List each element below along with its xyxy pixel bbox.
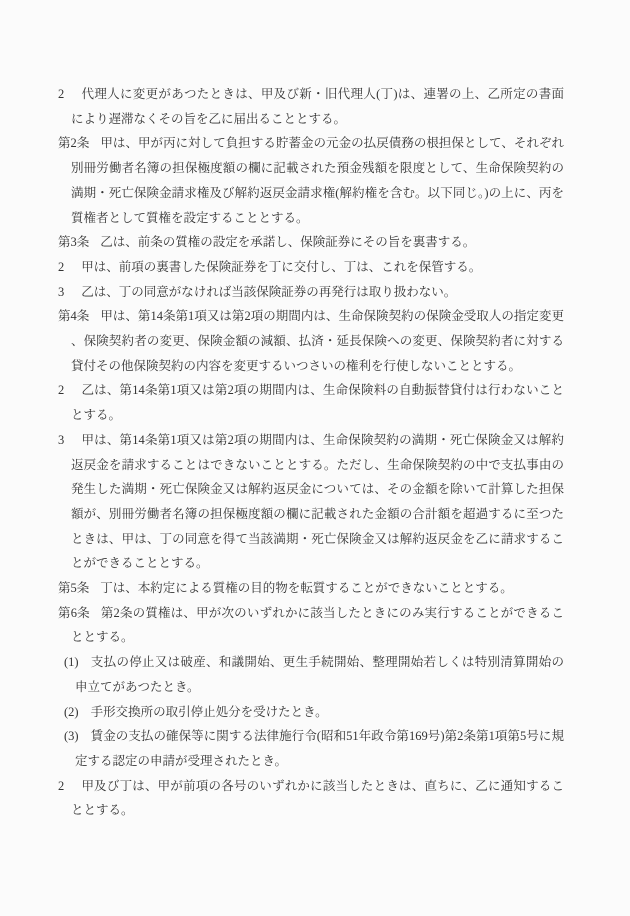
- paragraph-label: (3): [64, 729, 79, 743]
- document-body: 2代理人に変更があつたときは、甲及び新・旧代理人(丁)は、連署の上、乙所定の書面…: [58, 82, 564, 823]
- paragraph-label: 2: [58, 779, 64, 793]
- paragraph-text: 甲は、第14条第1項又は第2項の期間内は、生命保険契約の満期・死亡保険金又は解約…: [71, 433, 564, 571]
- article-paragraph: 第6条第2条の質権は、甲が次のいずれかに該当したときにのみ実行することができるこ…: [58, 601, 564, 650]
- paragraph-label: 3: [58, 285, 64, 299]
- paragraph-label: 2: [58, 383, 64, 397]
- paragraph-text: 甲及び丁は、甲が前項の各号のいずれかに該当したときは、直ちに、乙に通知することと…: [71, 779, 564, 818]
- document-page: 2代理人に変更があつたときは、甲及び新・旧代理人(丁)は、連署の上、乙所定の書面…: [0, 0, 630, 916]
- paragraph-text: 乙は、丁の同意がなければ当該保険証券の再発行は取り扱わない。: [81, 285, 456, 299]
- paragraph-label: 第3条: [58, 235, 89, 249]
- paragraph-label: 3: [58, 433, 64, 447]
- paragraph-text: 乙は、第14条第1項又は第2項の期間内は、生命保険料の自動振替貸付は行わないこと…: [71, 383, 564, 422]
- paragraph-text: 手形交換所の取引停止処分を受けたとき。: [91, 705, 328, 719]
- numbered-paragraph: 2甲は、前項の裏書した保険証券を丁に交付し、丁は、これを保管する。: [58, 255, 564, 280]
- paragraph-label: 2: [58, 260, 64, 274]
- numbered-paragraph: 3甲は、第14条第1項又は第2項の期間内は、生命保険契約の満期・死亡保険金又は解…: [58, 428, 564, 576]
- list-item: (2)手形交換所の取引停止処分を受けたとき。: [58, 700, 564, 725]
- paragraph-text: 乙は、前条の質権の設定を承諾し、保険証券にその旨を裏書する。: [100, 235, 475, 249]
- article-paragraph: 第4条甲は、第14条第1項又は第2項の期間内は、生命保険契約の保険金受取人の指定…: [58, 304, 564, 378]
- paragraph-text: 第2条の質権は、甲が次のいずれかに該当したときにのみ実行することができることとす…: [71, 606, 564, 645]
- list-item: (1)支払の停止又は破産、和議開始、更生手続開始、整理開始若しくは特別清算開始の…: [58, 650, 564, 699]
- paragraph-text: 甲は、前項の裏書した保険証券を丁に交付し、丁は、これを保管する。: [81, 260, 481, 274]
- article-paragraph: 第5条丁は、本約定による質権の目的物を転質することができないこととする。: [58, 576, 564, 601]
- paragraph-label: (1): [64, 655, 79, 669]
- paragraph-text: 甲は、甲が丙に対して負担する貯蓄金の元金の払戻債務の根担保として、それぞれ別冊労…: [71, 136, 564, 224]
- paragraph-text: 支払の停止又は破産、和議開始、更生手続開始、整理開始若しくは特別清算開始の申立て…: [75, 655, 564, 694]
- article-paragraph: 第2条甲は、甲が丙に対して負担する貯蓄金の元金の払戻債務の根担保として、それぞれ…: [58, 131, 564, 230]
- paragraph-text: 賃金の支払の確保等に関する法律施行令(昭和51年政令第169号)第2条第1項第5…: [75, 729, 564, 768]
- numbered-paragraph: 3乙は、丁の同意がなければ当該保険証券の再発行は取り扱わない。: [58, 280, 564, 305]
- paragraph-label: 第4条: [58, 309, 89, 323]
- paragraph-label: (2): [64, 705, 79, 719]
- paragraph-label: 第2条: [58, 136, 89, 150]
- paragraph-text: 甲は、第14条第1項又は第2項の期間内は、生命保険契約の保険金受取人の指定変更、…: [71, 309, 564, 372]
- paragraph-text: 代理人に変更があつたときは、甲及び新・旧代理人(丁)は、連署の上、乙所定の書面に…: [71, 87, 564, 126]
- paragraph-label: 第5条: [58, 581, 89, 595]
- numbered-paragraph: 2代理人に変更があつたときは、甲及び新・旧代理人(丁)は、連署の上、乙所定の書面…: [58, 82, 564, 131]
- list-item: (3)賃金の支払の確保等に関する法律施行令(昭和51年政令第169号)第2条第1…: [58, 724, 564, 773]
- paragraph-label: 第6条: [58, 606, 90, 620]
- paragraph-label: 2: [58, 87, 64, 101]
- paragraph-text: 丁は、本約定による質権の目的物を転質することができないこととする。: [100, 581, 513, 595]
- numbered-paragraph: 2甲及び丁は、甲が前項の各号のいずれかに該当したときは、直ちに、乙に通知すること…: [58, 774, 564, 823]
- numbered-paragraph: 2乙は、第14条第1項又は第2項の期間内は、生命保険料の自動振替貸付は行わないこ…: [58, 378, 564, 427]
- article-paragraph: 第3条乙は、前条の質権の設定を承諾し、保険証券にその旨を裏書する。: [58, 230, 564, 255]
